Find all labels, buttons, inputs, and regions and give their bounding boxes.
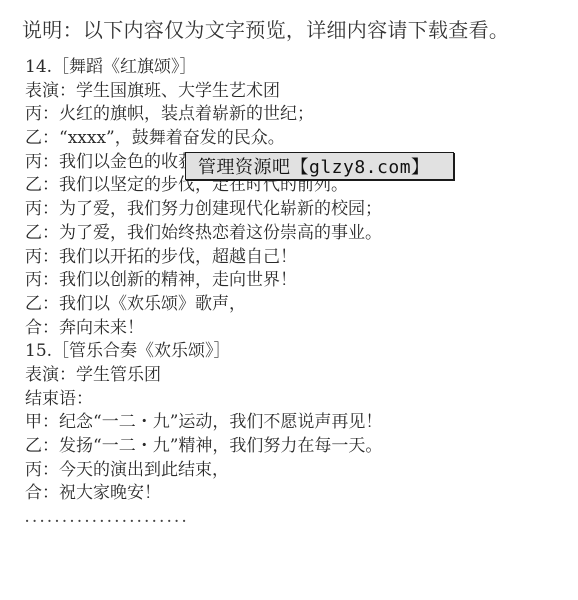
script-line: 丙：今天的演出到此结束， xyxy=(25,459,565,483)
ellipsis-divider: ...................... xyxy=(25,510,565,526)
performer-line: 表演：学生国旗班、大学生艺术团 xyxy=(25,80,565,104)
watermark-overlay: 管理资源吧【glzy8.com】 xyxy=(185,152,454,180)
script-line: 丙：我们以创新的精神，走向世界！ xyxy=(25,269,565,293)
script-line: 乙：发扬“一二・九”精神，我们努力在每一天。 xyxy=(25,435,565,459)
preview-notice: 说明：以下内容仅为文字预览，详细内容请下载查看。 xyxy=(22,16,509,44)
performer-line: 表演：学生管乐团 xyxy=(25,364,565,388)
document-body: 14.［舞蹈《红旗颂》］ 表演：学生国旗班、大学生艺术团 丙：火红的旗帜，装点着… xyxy=(25,56,565,526)
script-line: 乙：“xxxx”，鼓舞着奋发的民众。 xyxy=(25,127,565,151)
script-line: 乙：为了爱，我们始终热恋着这份崇高的事业。 xyxy=(25,222,565,246)
script-line: 丙：火红的旗帜，装点着崭新的世纪； xyxy=(25,103,565,127)
script-line: 丙：我们以开拓的步伐，超越自己！ xyxy=(25,246,565,270)
script-line: 合：奔向未来！ xyxy=(25,317,565,341)
script-line: 乙：我们以《欢乐颂》歌声， xyxy=(25,293,565,317)
program-title-15: 15.［管乐合奏《欢乐颂》］ xyxy=(25,340,565,364)
closing-heading: 结束语： xyxy=(25,388,565,412)
script-line: 甲：纪念“一二・九”运动，我们不愿说声再见！ xyxy=(25,411,565,435)
program-title-14: 14.［舞蹈《红旗颂》］ xyxy=(25,56,565,80)
script-line: 合：祝大家晚安！ xyxy=(25,482,565,506)
script-line: 丙：为了爱，我们努力创建现代化崭新的校园； xyxy=(25,198,565,222)
